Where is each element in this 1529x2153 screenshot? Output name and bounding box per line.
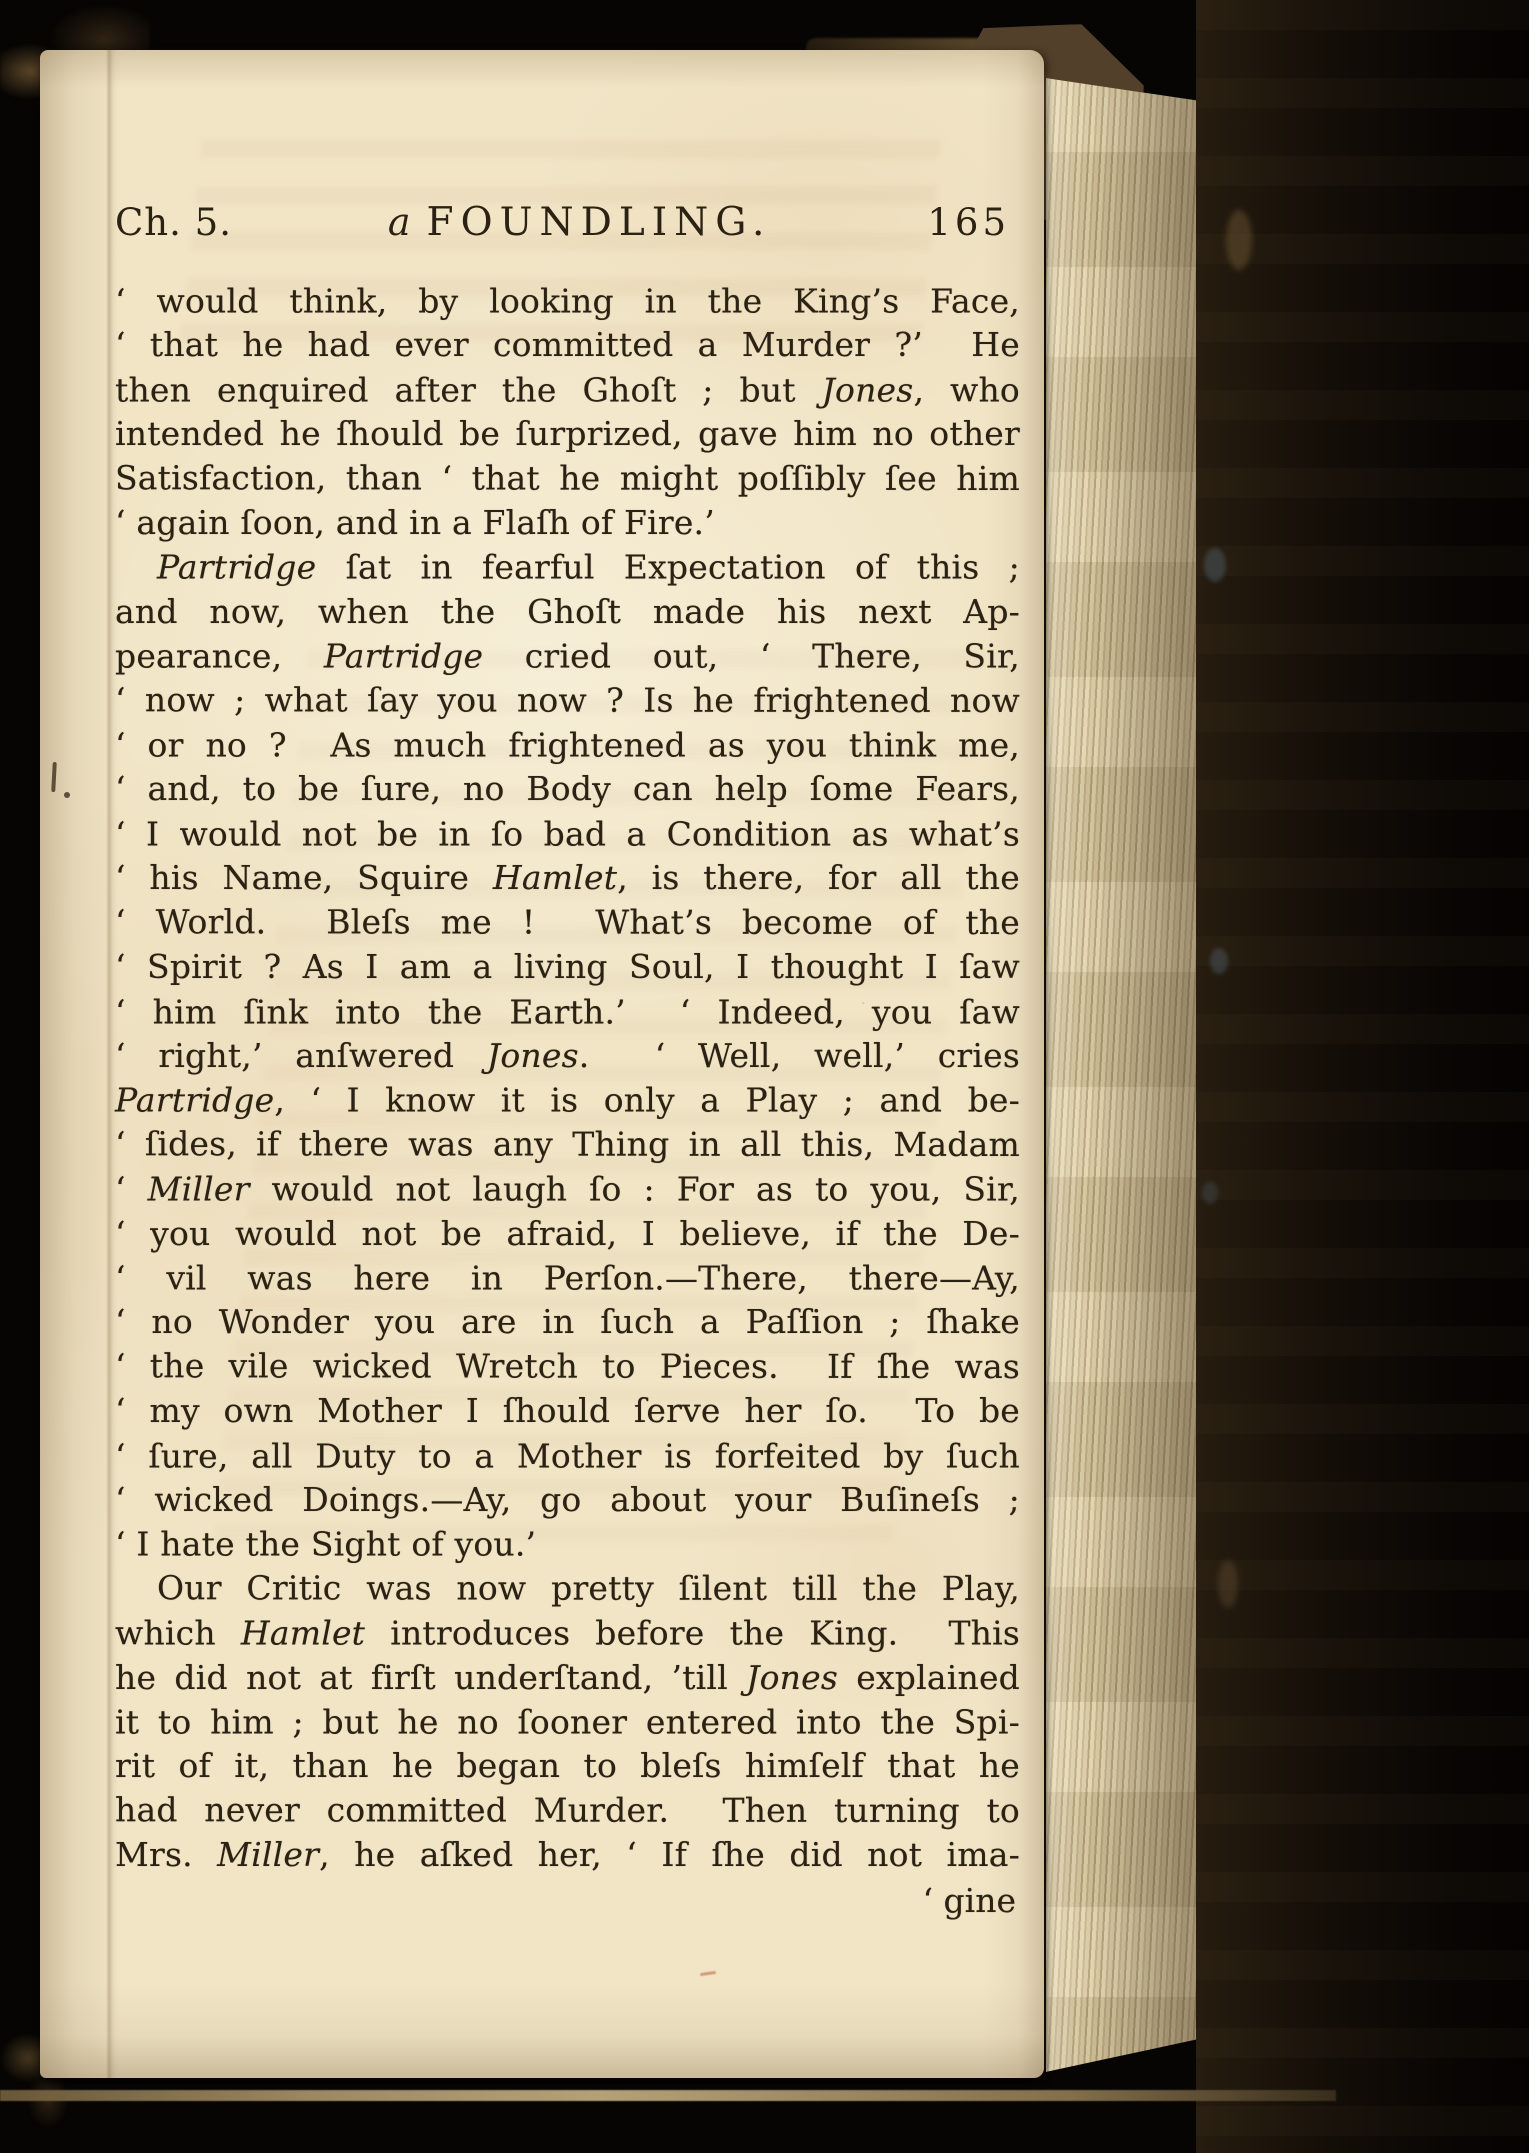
line-text: ‘ I hate the Sight of you.’ bbox=[115, 1525, 536, 1564]
margin-ink-mark bbox=[51, 762, 57, 792]
running-title-caps: FOUNDLING. bbox=[427, 200, 772, 245]
line-text: ‘ now ; what ſay you now ? Is he frighte… bbox=[115, 680, 1020, 720]
italic-name: Partridge bbox=[157, 548, 316, 587]
running-header: Ch. 5. aFOUNDLING. 165 bbox=[115, 200, 1020, 245]
line-text: ‘ or no ? As much frightened as you thin… bbox=[115, 725, 1020, 764]
italic-name: Partridge bbox=[115, 1081, 274, 1120]
text-line: it to him ; but he no ſooner entered int… bbox=[115, 1700, 1020, 1744]
text-line: ‘ ſure, all Duty to a Mother is forfeite… bbox=[115, 1434, 1020, 1478]
text-line: pearance, Partridge cried out, ‘ There, … bbox=[115, 635, 1020, 679]
text-line: ‘ the vile wicked Wretch to Pieces. If ſ… bbox=[115, 1344, 1020, 1389]
text-line: Partridge, ‘ I know it is only a Play ; … bbox=[115, 1079, 1020, 1123]
italic-name: Jones bbox=[487, 1036, 579, 1075]
line-text: Satisfaction, than ‘ that he might poſſi… bbox=[115, 458, 1020, 498]
line-text: ‘ again ſoon, and in a Flaſh of Fire.’ bbox=[115, 503, 715, 542]
line-text: . ‘ Well, well,’ cries bbox=[579, 1036, 1020, 1075]
text-line: ‘ ſides, if there was any Thing in all t… bbox=[115, 1122, 1020, 1167]
line-text: ‘ him ſink into the Earth.’ ‘ Indeed, yo… bbox=[115, 992, 1020, 1031]
line-text: ‘ my own Mother I ſhould ſerve her ſo. T… bbox=[115, 1391, 1020, 1430]
line-text: ‘ no Wonder you are in ſuch a Paſſion ; … bbox=[115, 1302, 1020, 1341]
page-number: 165 bbox=[927, 201, 1010, 244]
line-text: and now, when the Ghoſt made his next Ap… bbox=[115, 592, 1020, 631]
marbling-spot bbox=[1204, 548, 1226, 582]
line-text: Mrs. bbox=[115, 1835, 217, 1874]
text-line: ‘ Spirit ? As I am a living Soul, I thou… bbox=[115, 945, 1020, 989]
line-text: he did not at firſt underſtand, ’till bbox=[115, 1658, 746, 1697]
text-line: ‘ I hate the Sight of you.’ bbox=[115, 1523, 1020, 1567]
chapter-label: Ch. 5. bbox=[115, 201, 232, 244]
italic-name: Miller bbox=[148, 1170, 250, 1209]
running-title-article: a bbox=[388, 200, 411, 244]
line-text: it to him ; but he no ſooner entered int… bbox=[115, 1702, 1020, 1741]
line-text: ‘ his Name, Squire bbox=[115, 858, 493, 897]
line-text: ‘ vil was here in Perſon.—There, there—A… bbox=[115, 1258, 1020, 1297]
line-text: introduces before the King. This bbox=[365, 1614, 1020, 1653]
paper-fiber-mark bbox=[700, 1971, 716, 1976]
line-text: , is there, for all the bbox=[617, 858, 1020, 897]
line-text: cried out, ‘ There, Sir, bbox=[483, 637, 1020, 676]
margin-ink-dot bbox=[64, 792, 70, 798]
line-text: ‘ you would not be afraid, I believe, if… bbox=[115, 1214, 1020, 1253]
line-text: pearance, bbox=[115, 637, 324, 676]
text-line: then enquired after the Ghoſt ; but Jone… bbox=[115, 368, 1020, 412]
text-line: ‘ I would not be in ſo bad a Condition a… bbox=[115, 812, 1020, 856]
line-text: , he aſked her, ‘ If ſhe did not ima- bbox=[319, 1835, 1020, 1874]
marbling-spot bbox=[1218, 1560, 1238, 1608]
italic-name: Hamlet bbox=[493, 858, 617, 897]
marbling-spot bbox=[1202, 1182, 1218, 1204]
text-line: intended he ſhould be ſurprized, gave hi… bbox=[115, 412, 1020, 456]
text-line: ‘ vil was here in Perſon.—There, there—A… bbox=[115, 1256, 1020, 1300]
line-text: explained bbox=[838, 1658, 1020, 1697]
marbling-spot bbox=[1210, 948, 1228, 974]
italic-name: Partridge bbox=[324, 637, 483, 676]
page-edge-stack bbox=[1046, 62, 1196, 2084]
catchword: ‘ gine bbox=[115, 1879, 1020, 1923]
italic-name: Jones bbox=[822, 370, 914, 409]
text-line: ‘ him ſink into the Earth.’ ‘ Indeed, yo… bbox=[115, 990, 1020, 1034]
line-text: ‘ wicked Doings.—Ay, go about your Buſin… bbox=[115, 1480, 1020, 1519]
line-text: ‘ ſure, all Duty to a Mother is forfeite… bbox=[115, 1436, 1020, 1475]
line-text: ‘ Spirit ? As I am a living Soul, I thou… bbox=[115, 947, 1020, 986]
line-text: ‘ World. Bleſs me ! What’s become of the bbox=[115, 902, 1020, 942]
line-text: ‘ that he had ever committed a Murder ?’… bbox=[115, 325, 1020, 364]
text-line: rit of it, than he began to bleſs himſel… bbox=[115, 1744, 1020, 1788]
line-text: then enquired after the Ghoſt ; but bbox=[115, 370, 822, 409]
text-line: Our Critic was now pretty ſilent till th… bbox=[115, 1566, 1020, 1611]
text-line: and now, when the Ghoſt made his next Ap… bbox=[115, 590, 1020, 634]
line-text: ‘ bbox=[115, 1170, 148, 1209]
text-line: ‘ no Wonder you are in ſuch a Paſſion ; … bbox=[115, 1300, 1020, 1344]
book-bottom-edge bbox=[0, 2090, 1336, 2101]
line-text: which bbox=[115, 1614, 241, 1653]
book-photo: Ch. 5. aFOUNDLING. 165 ‘ would think, by… bbox=[0, 0, 1529, 2153]
line-text: ‘ and, to be ſure, no Body can help ſome… bbox=[115, 769, 1020, 808]
text-line: ‘ that he had ever committed a Murder ?’… bbox=[115, 323, 1020, 367]
line-text: ‘ I would not be in ſo bad a Condition a… bbox=[115, 814, 1020, 853]
text-line: ‘ and, to be ſure, no Body can help ſome… bbox=[115, 767, 1020, 811]
italic-name: Miller bbox=[217, 1835, 319, 1874]
line-text: , ‘ I know it is only a Play ; and be- bbox=[274, 1081, 1020, 1120]
text-line: Partridge ſat in fearful Expectation of … bbox=[115, 546, 1020, 590]
line-text: ‘ would think, by looking in the King’s … bbox=[115, 281, 1020, 320]
text-line: ‘ wicked Doings.—Ay, go about your Buſin… bbox=[115, 1478, 1020, 1522]
marbling-spot bbox=[1226, 210, 1252, 270]
text-block: ‘ would think, by looking in the King’s … bbox=[115, 279, 1020, 1878]
line-text: ſat in fearful Expectation of this ; bbox=[316, 548, 1020, 587]
line-text: rit of it, than he began to bleſs himſel… bbox=[115, 1746, 1020, 1785]
text-line: ‘ or no ? As much frightened as you thin… bbox=[115, 723, 1020, 767]
text-line: he did not at firſt underſtand, ’till Jo… bbox=[115, 1656, 1020, 1700]
line-text: ‘ right,’ anſwered bbox=[115, 1036, 487, 1075]
text-line: ‘ World. Bleſs me ! What’s become of the bbox=[115, 900, 1020, 945]
text-line: ‘ now ; what ſay you now ? Is he frighte… bbox=[115, 678, 1020, 723]
text-line: which Hamlet introduces before the King.… bbox=[115, 1612, 1020, 1656]
italic-name: Jones bbox=[746, 1658, 838, 1697]
text-line: ‘ again ſoon, and in a Flaſh of Fire.’ bbox=[115, 501, 1020, 545]
line-text: intended he ſhould be ſurprized, gave hi… bbox=[115, 414, 1020, 453]
line-text: ‘ ſides, if there was any Thing in all t… bbox=[115, 1124, 1020, 1164]
book-page: Ch. 5. aFOUNDLING. 165 ‘ would think, by… bbox=[40, 50, 1044, 2078]
text-line: Satisfaction, than ‘ that he might poſſi… bbox=[115, 456, 1020, 501]
line-text: would not laugh ſo : For as to you, Sir, bbox=[250, 1170, 1020, 1209]
line-text: had never committed Murder. Then turning… bbox=[115, 1790, 1020, 1830]
text-line: ‘ right,’ anſwered Jones. ‘ Well, well,’… bbox=[115, 1034, 1020, 1078]
text-line: Mrs. Miller, he aſked her, ‘ If ſhe did … bbox=[115, 1833, 1020, 1877]
text-line: ‘ you would not be afraid, I believe, if… bbox=[115, 1212, 1020, 1256]
text-line: ‘ my own Mother I ſhould ſerve her ſo. T… bbox=[115, 1389, 1020, 1433]
text-line: ‘ would think, by looking in the King’s … bbox=[115, 279, 1020, 323]
line-text: , who bbox=[913, 370, 1020, 409]
text-line: ‘ Miller would not laugh ſo : For as to … bbox=[115, 1168, 1020, 1212]
running-title: aFOUNDLING. bbox=[232, 200, 927, 245]
line-text: Our Critic was now pretty ſilent till th… bbox=[157, 1568, 1020, 1608]
italic-name: Hamlet bbox=[241, 1614, 365, 1653]
text-line: ‘ his Name, Squire Hamlet, is there, for… bbox=[115, 856, 1020, 900]
book-spine-shadow bbox=[1196, 0, 1529, 2153]
printed-content: Ch. 5. aFOUNDLING. 165 ‘ would think, by… bbox=[115, 200, 1020, 1923]
text-line: had never committed Murder. Then turning… bbox=[115, 1788, 1020, 1833]
line-text: ‘ the vile wicked Wretch to Pieces. If ſ… bbox=[115, 1346, 1020, 1386]
